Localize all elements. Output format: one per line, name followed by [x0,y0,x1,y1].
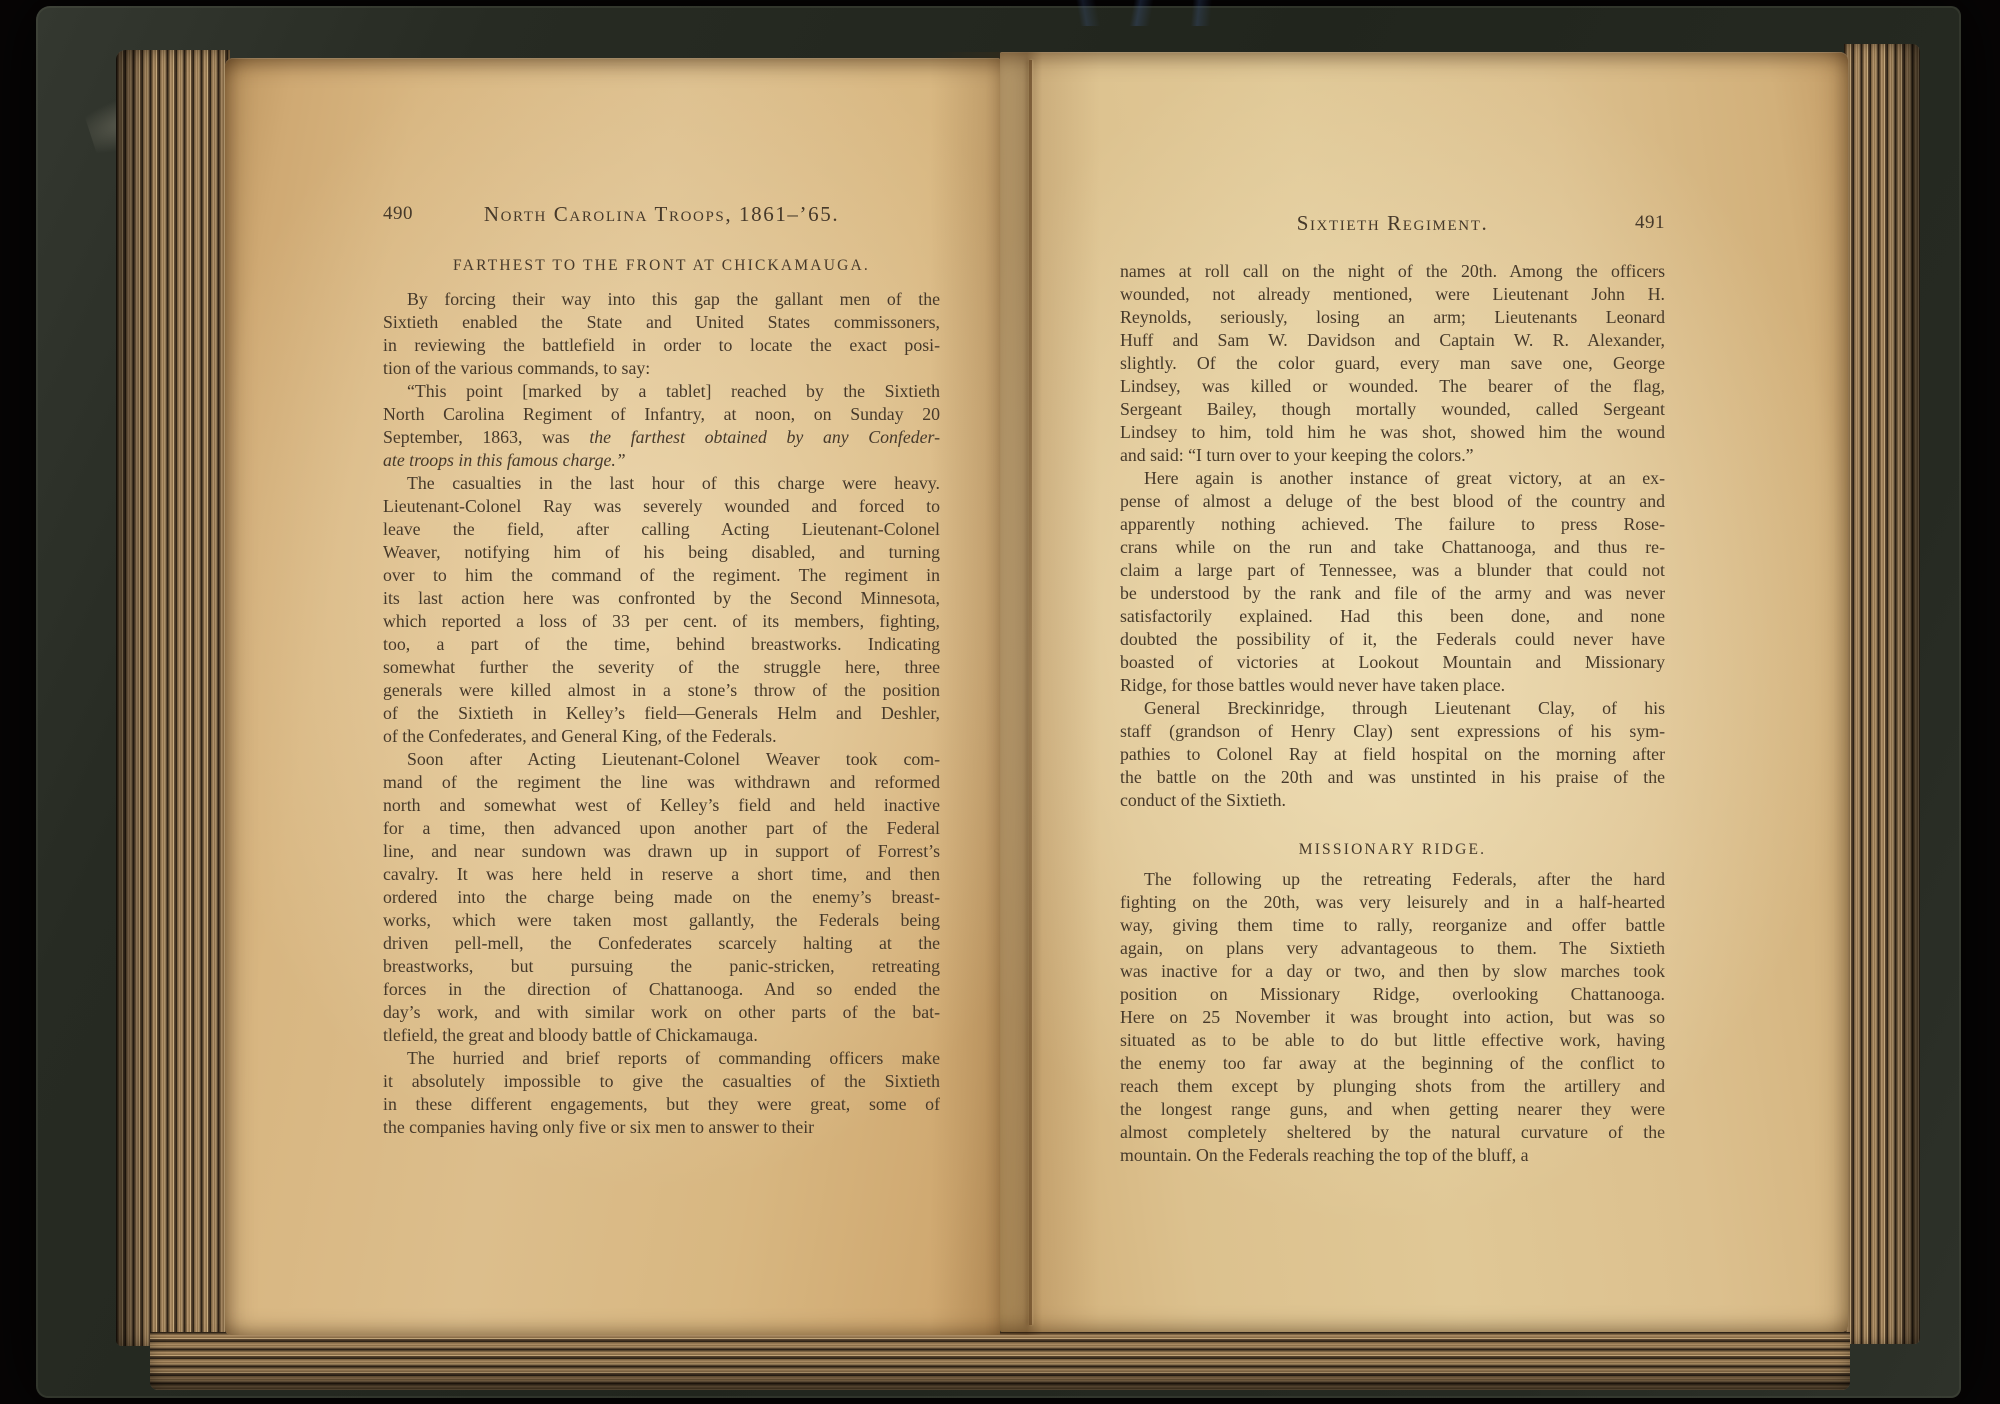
text-line: in reviewing the battlefield in order to… [383,334,940,357]
left-running-header: North Carolina Troops, 1861–’65. [484,202,839,226]
text-line: line, and near sundown was drawn up in s… [383,840,940,863]
text-line: Lindsey, was killed or wounded. The bear… [1120,375,1665,398]
text-line: Sixtieth enabled the State and United St… [383,311,940,334]
paragraph: The hurried and brief reports of command… [383,1047,940,1139]
left-section-heading: FARTHEST TO THE FRONT AT CHICKAMAUGA. [383,254,940,277]
text-line: way, giving them time to rally, reorgani… [1120,914,1665,937]
text-line: Here on 25 November it was brought into … [1120,1006,1665,1029]
right-section-heading: MISSIONARY RIDGE. [1120,838,1665,861]
pencil-marks [980,0,1310,26]
text-line: mountain. On the Federals reaching the t… [1120,1144,1665,1167]
paragraph: The casualties in the last hour of this … [383,472,940,748]
paragraph: Soon after Acting Lieutenant-Colonel Wea… [383,748,940,1047]
right-page-text-upper: names at roll call on the night of the 2… [1120,260,1665,812]
left-page-number: 490 [383,201,413,227]
text-line: Here again is another instance of great … [1120,467,1665,490]
right-page-text: names at roll call on the night of the 2… [1120,260,1665,1167]
paragraph: Here again is another instance of great … [1120,467,1665,697]
text-line: crans while on the run and take Chattano… [1120,536,1665,559]
text-line: The following up the retreating Federals… [1120,868,1665,891]
text-line: the longest range guns, and when getting… [1120,1098,1665,1121]
text-line: cavalry. It was here held in reserve a s… [383,863,940,886]
text-line: day’s work, and with similar work on oth… [383,1001,940,1024]
page-edges-right [1844,44,1920,1344]
text-line: the companies having only five or six me… [383,1116,940,1139]
paragraph: names at roll call on the night of the 2… [1120,260,1665,467]
text-line: Reynolds, seriously, losing an arm; Lieu… [1120,306,1665,329]
text-line: north and somewhat west of Kelley’s fiel… [383,794,940,817]
right-running-head: Sixtieth Regiment. 491 [1120,210,1665,236]
text-line: was inactive for a day or two, and then … [1120,960,1665,983]
page-edges-bottom [150,1332,1850,1390]
text-line: works, which were taken most gallantly, … [383,909,940,932]
text-line: mand of the regiment the line was withdr… [383,771,940,794]
text-line: breastworks, but pursuing the panic-stri… [383,955,940,978]
text-line: Soon after Acting Lieutenant-Colonel Wea… [383,748,940,771]
book-photo: 490 North Carolina Troops, 1861–’65. FAR… [0,0,2000,1404]
text-line: “This point [marked by a tablet] reached… [383,380,940,403]
text-line: pathies to Colonel Ray at field hospital… [1120,743,1665,766]
text-line: it absolutely impossible to give the cas… [383,1070,940,1093]
left-running-head: 490 North Carolina Troops, 1861–’65. [383,201,940,227]
text-line: The casualties in the last hour of this … [383,472,940,495]
text-line: situated as to be able to do but little … [1120,1029,1665,1052]
text-line: and said: “I turn over to your keeping t… [1120,444,1665,467]
text-line: staff (grandson of Henry Clay) sent expr… [1120,720,1665,743]
text-line: ordered into the charge being made on th… [383,886,940,909]
text-line: driven pell-mell, the Confederates scarc… [383,932,940,955]
text-line: of the Confederates, and General King, o… [383,725,940,748]
text-line: wounded, not already mentioned, were Lie… [1120,283,1665,306]
right-running-header: Sixtieth Regiment. [1297,211,1489,235]
text-line: conduct of the Sixtieth. [1120,789,1665,812]
right-page: Sixtieth Regiment. 491 names at roll cal… [1000,52,1848,1332]
text-line: the battle on the 20th and was unstinted… [1120,766,1665,789]
text-line: reach them except by plunging shots from… [1120,1075,1665,1098]
text-line: too, a part of the time, behind breastwo… [383,633,940,656]
text-line: Weaver, notifying him of his being disab… [383,541,940,564]
text-line: slightly. Of the color guard, every man … [1120,352,1665,375]
text-line: apparently nothing achieved. The failure… [1120,513,1665,536]
paragraph: “This point [marked by a tablet] reached… [383,380,940,472]
text-line: tion of the various commands, to say: [383,357,940,380]
left-page-text: By forcing their way into this gap the g… [383,288,940,1139]
paragraph: General Breckinridge, through Lieutenant… [1120,697,1665,812]
paragraph: By forcing their way into this gap the g… [383,288,940,380]
text-line: generals were killed almost in a stone’s… [383,679,940,702]
text-line: of the Sixtieth in Kelley’s field—Genera… [383,702,940,725]
text-line: By forcing their way into this gap the g… [383,288,940,311]
text-line: satisfactorily explained. Had this been … [1120,605,1665,628]
text-line: forces in the direction of Chattanooga. … [383,978,940,1001]
text-line: Lieutenant-Colonel Ray was severely woun… [383,495,940,518]
left-page: 490 North Carolina Troops, 1861–’65. FAR… [225,58,1000,1335]
text-line: claim a large part of Tennessee, was a b… [1120,559,1665,582]
text-line: which reported a loss of 33 per cent. of… [383,610,940,633]
text-line: its last action here was confronted by t… [383,587,940,610]
text-line: North Carolina Regiment of Infantry, at … [383,403,940,426]
text-line: somewhat further the severity of the str… [383,656,940,679]
text-line: The hurried and brief reports of command… [383,1047,940,1070]
text-line: again, on plans very advantageous to the… [1120,937,1665,960]
page-edges-left [116,50,230,1346]
text-line: Ridge, for those battles would never hav… [1120,674,1665,697]
text-line: in these different engagements, but they… [383,1093,940,1116]
text-line: be understood by the rank and file of th… [1120,582,1665,605]
right-page-number: 491 [1635,210,1665,236]
paragraph: The following up the retreating Federals… [1120,868,1665,1167]
text-line: September, 1863, was the farthest obtain… [383,426,940,449]
text-line: fighting on the 20th, was very leisurely… [1120,891,1665,914]
text-line: Sergeant Bailey, though mortally wounded… [1120,398,1665,421]
text-line: the enemy too far away at the beginning … [1120,1052,1665,1075]
text-line: ate troops in this famous charge.” [383,449,940,472]
text-line: over to him the command of the regiment.… [383,564,940,587]
text-line: pense of almost a deluge of the best blo… [1120,490,1665,513]
text-line: boasted of victories at Lookout Mountain… [1120,651,1665,674]
text-line: for a time, then advanced upon another p… [383,817,940,840]
text-line: leave the field, after calling Acting Li… [383,518,940,541]
text-line: Huff and Sam W. Davidson and Captain W. … [1120,329,1665,352]
text-line: Lindsey to him, told him he was shot, sh… [1120,421,1665,444]
text-line: almost completely sheltered by the natur… [1120,1121,1665,1144]
right-page-text-lower: The following up the retreating Federals… [1120,868,1665,1167]
text-line: doubted the possibility of it, the Feder… [1120,628,1665,651]
text-line: names at roll call on the night of the 2… [1120,260,1665,283]
text-line: tlefield, the great and bloody battle of… [383,1024,940,1047]
text-line: General Breckinridge, through Lieutenant… [1120,697,1665,720]
text-line: position on Missionary Ridge, overlookin… [1120,983,1665,1006]
